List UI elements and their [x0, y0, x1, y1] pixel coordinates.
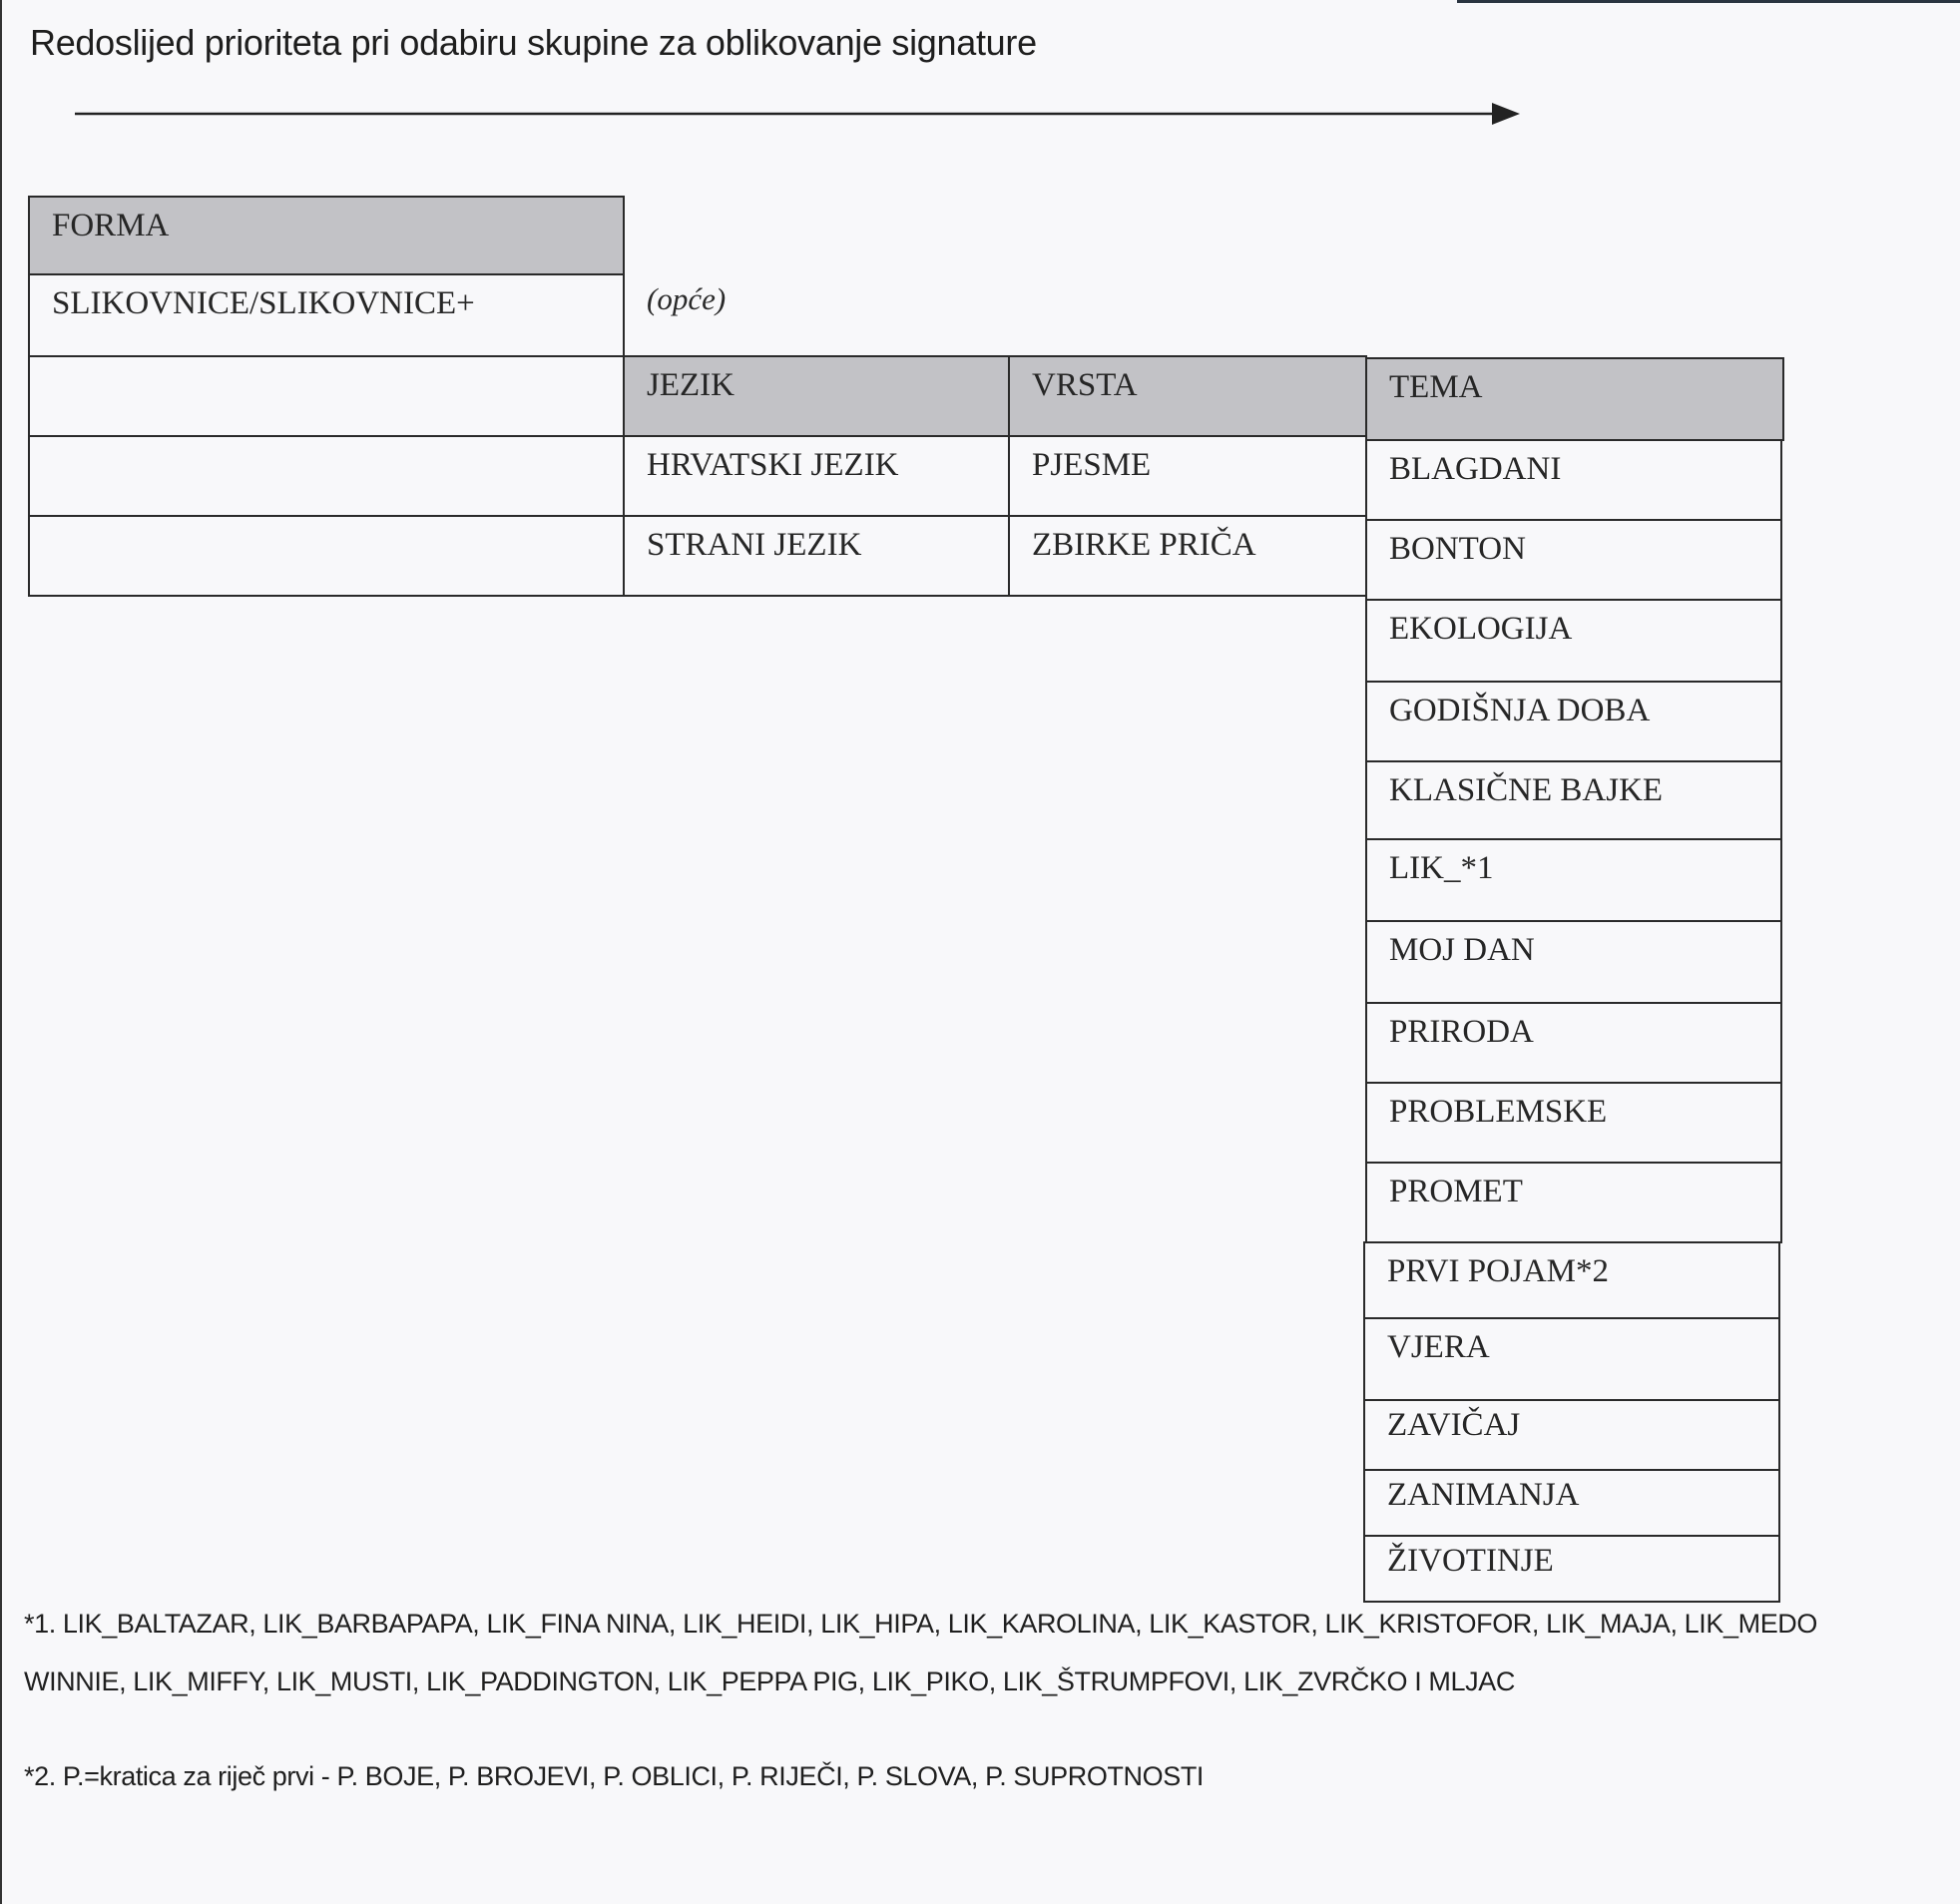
page-title: Redoslijed prioriteta pri odabiru skupin…	[30, 22, 1037, 64]
page-edge-top	[1457, 0, 1960, 3]
tema-cell: MOJ DAN	[1365, 920, 1782, 1004]
forma-cell: SLIKOVNICE/SLIKOVNICE+	[28, 273, 625, 357]
tema-item: BLAGDANI	[1389, 451, 1561, 487]
tema-header-label: TEMA	[1389, 369, 1483, 405]
vrsta-cell: ZBIRKE PRIČA	[1008, 515, 1367, 597]
vrsta-cell: PJESME	[1008, 435, 1367, 517]
tema-cell: LIK_*1	[1365, 838, 1782, 922]
tema-cell: ZAVIČAJ	[1363, 1399, 1780, 1471]
jezik-item: STRANI JEZIK	[647, 527, 861, 563]
tema-cell: VJERA	[1363, 1317, 1780, 1401]
tema-item: PRVI POJAM*2	[1387, 1253, 1609, 1289]
tema-cell: ŽIVOTINJE	[1363, 1535, 1780, 1603]
tema-cell: EKOLOGIJA	[1365, 599, 1782, 683]
tema-item: MOJ DAN	[1389, 932, 1535, 968]
jezik-header: JEZIK	[623, 355, 1010, 437]
forma-empty-cell	[28, 355, 625, 437]
tema-cell: BLAGDANI	[1365, 439, 1782, 521]
tema-item: KLASIČNE BAJKE	[1389, 772, 1663, 808]
vrsta-item: ZBIRKE PRIČA	[1032, 527, 1256, 563]
priority-arrow-icon	[75, 100, 1522, 130]
forma-header: FORMA	[28, 196, 625, 275]
forma-annotation: (opće)	[647, 281, 726, 317]
tema-item: ŽIVOTINJE	[1387, 1543, 1554, 1579]
page-edge-left	[0, 0, 2, 1904]
jezik-item: HRVATSKI JEZIK	[647, 447, 899, 483]
footnote-1-line-1: *1. LIK_BALTAZAR, LIK_BARBAPAPA, LIK_FIN…	[24, 1609, 1817, 1640]
tema-item: LIK_*1	[1389, 850, 1493, 886]
tema-cell: PRIRODA	[1365, 1002, 1782, 1084]
vrsta-item: PJESME	[1032, 447, 1151, 483]
tema-item: BONTON	[1389, 531, 1526, 567]
tema-cell: ZANIMANJA	[1363, 1469, 1780, 1537]
jezik-cell: STRANI JEZIK	[623, 515, 1010, 597]
tema-item: ZANIMANJA	[1387, 1477, 1580, 1513]
footnote-1-line-2: WINNIE, LIK_MIFFY, LIK_MUSTI, LIK_PADDIN…	[24, 1666, 1515, 1697]
tema-cell: PROMET	[1365, 1162, 1782, 1243]
forma-value: SLIKOVNICE/SLIKOVNICE+	[52, 285, 475, 321]
tema-header: TEMA	[1365, 357, 1784, 441]
jezik-header-label: JEZIK	[647, 367, 735, 403]
tema-item: EKOLOGIJA	[1389, 611, 1572, 647]
tema-cell: PROBLEMSKE	[1365, 1082, 1782, 1164]
tema-item: GODIŠNJA DOBA	[1389, 693, 1650, 728]
tema-item: PROBLEMSKE	[1389, 1094, 1607, 1130]
tema-cell: KLASIČNE BAJKE	[1365, 760, 1782, 840]
jezik-cell: HRVATSKI JEZIK	[623, 435, 1010, 517]
vrsta-header: VRSTA	[1008, 355, 1367, 437]
forma-header-label: FORMA	[52, 208, 169, 243]
tema-item: ZAVIČAJ	[1387, 1407, 1520, 1443]
tema-cell: PRVI POJAM*2	[1363, 1241, 1780, 1319]
tema-item: PRIRODA	[1389, 1014, 1534, 1050]
vrsta-header-label: VRSTA	[1032, 367, 1138, 403]
tema-cell: BONTON	[1365, 519, 1782, 601]
tema-cell: GODIŠNJA DOBA	[1365, 681, 1782, 762]
forma-empty-cell	[28, 515, 625, 597]
tema-item: VJERA	[1387, 1329, 1490, 1365]
forma-empty-cell	[28, 435, 625, 517]
footnote-2: *2. P.=kratica za riječ prvi - P. BOJE, …	[24, 1761, 1204, 1792]
tema-item: PROMET	[1389, 1174, 1523, 1209]
